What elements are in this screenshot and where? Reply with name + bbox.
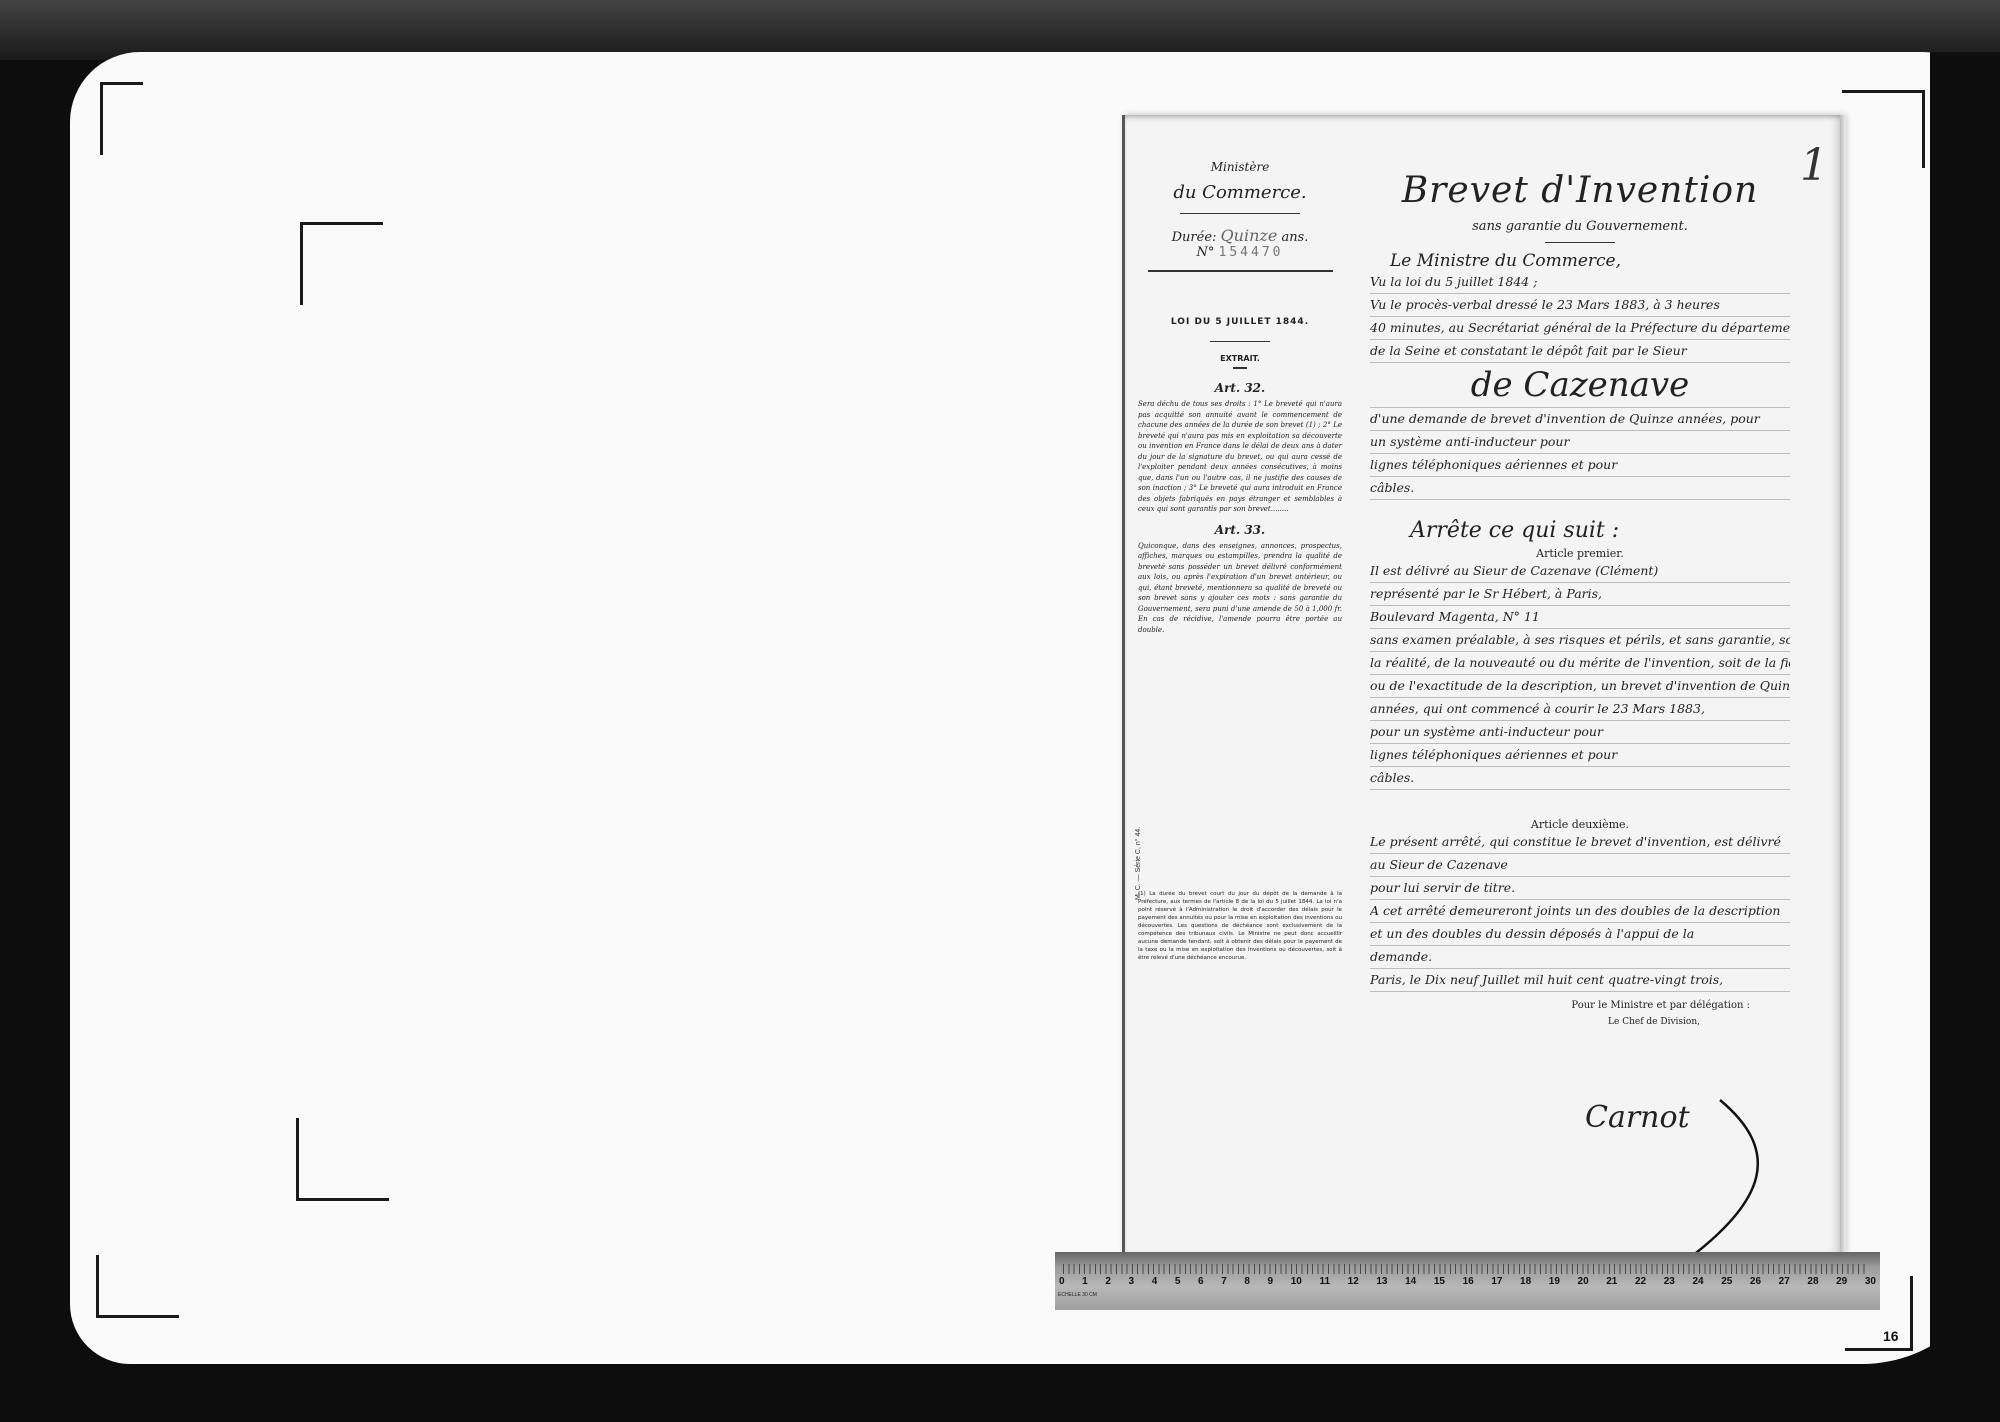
ruler-number: 9 xyxy=(1268,1276,1274,1292)
ruler-number: 3 xyxy=(1129,1276,1135,1292)
ruler-number: 5 xyxy=(1175,1276,1181,1292)
ruler-number: 12 xyxy=(1348,1276,1359,1292)
text-line: demande. xyxy=(1370,946,1790,969)
text-line: Vu la loi du 5 juillet 1844 ; xyxy=(1370,271,1790,294)
ruler-number: 17 xyxy=(1491,1276,1502,1292)
chief-line: Le Chef de Division, xyxy=(1370,1017,1790,1027)
footnote: (1) La durée du brevet court du jour du … xyxy=(1130,890,1350,962)
minister-heading: Le Ministre du Commerce, xyxy=(1370,251,1790,271)
number-label: N° xyxy=(1197,245,1215,260)
crop-mark-top-right xyxy=(1842,90,1925,168)
divider xyxy=(1233,367,1247,369)
article1-lines: Il est délivré au Sieur de Cazenave (Clé… xyxy=(1370,560,1790,790)
duration-row: Durée: Quinze ans. xyxy=(1130,226,1350,245)
article32-text: Sera déchu de tous ses droits : 1° Le br… xyxy=(1130,399,1350,515)
law-heading: LOI DU 5 JUILLET 1844. xyxy=(1130,317,1350,327)
duration-value: Quinze xyxy=(1221,226,1278,245)
left-column: Ministère du Commerce. Durée: Quinze ans… xyxy=(1130,160,1350,962)
ruler-number: 20 xyxy=(1578,1276,1589,1292)
text-line: de Cazenave xyxy=(1370,363,1790,408)
ruler-number: 19 xyxy=(1549,1276,1560,1292)
text-line: représenté par le Sr Hébert, à Paris, xyxy=(1370,583,1790,606)
ruler-number: 6 xyxy=(1198,1276,1204,1292)
ruler-numbers: 0123456789101112131415161718192021222324… xyxy=(1059,1276,1876,1292)
ruler-number: 29 xyxy=(1836,1276,1847,1292)
ruler-number: 15 xyxy=(1434,1276,1445,1292)
text-line: Vu le procès-verbal dressé le 23 Mars 18… xyxy=(1370,294,1790,317)
crop-mark-bottom-left xyxy=(96,1255,179,1318)
text-line: la réalité, de la nouveauté ou du mérite… xyxy=(1370,652,1790,675)
main-column: Brevet d'Invention sans garantie du Gouv… xyxy=(1370,170,1790,1027)
ruler-number: 28 xyxy=(1807,1276,1818,1292)
article2-title: Article deuxième. xyxy=(1370,818,1790,831)
text-line: pour lui servir de titre. xyxy=(1370,877,1790,900)
measurement-ruler: 0123456789101112131415161718192021222324… xyxy=(1055,1252,1880,1310)
ruler-number: 14 xyxy=(1405,1276,1416,1292)
duration-label: Durée: xyxy=(1172,230,1217,245)
ruler-number: 27 xyxy=(1779,1276,1790,1292)
ruler-number: 11 xyxy=(1319,1276,1330,1292)
vertical-series-note: M. C. — Série C, n° 44. xyxy=(1135,827,1142,900)
ruler-ticks xyxy=(1063,1264,1868,1274)
article33-text: Quiconque, dans des enseignes, annonces,… xyxy=(1130,541,1350,636)
text-line: au Sieur de Cazenave xyxy=(1370,854,1790,877)
text-line: années, qui ont commencé à courir le 23 … xyxy=(1370,698,1790,721)
text-line: sans examen préalable, à ses risques et … xyxy=(1370,629,1790,652)
text-line: Paris, le Dix neuf Juillet mil huit cent… xyxy=(1370,969,1790,992)
patent-number: 154470 xyxy=(1219,245,1284,260)
duration-unit: ans. xyxy=(1281,230,1308,245)
document-subtitle: sans garantie du Gouvernement. xyxy=(1370,219,1790,234)
text-line: un système anti-inducteur pour xyxy=(1370,431,1790,454)
ruler-number: 18 xyxy=(1520,1276,1531,1292)
ornament-rule xyxy=(1180,213,1300,214)
extract-heading: EXTRAIT. xyxy=(1130,354,1350,363)
folio-number: 1 xyxy=(1800,140,1828,191)
text-line: lignes téléphoniques aériennes et pour xyxy=(1370,744,1790,767)
ruler-number: 8 xyxy=(1244,1276,1250,1292)
intro-lines: Vu la loi du 5 juillet 1844 ;Vu le procè… xyxy=(1370,271,1790,500)
text-line: câbles. xyxy=(1370,477,1790,500)
text-line: Boulevard Magenta, N° 11 xyxy=(1370,606,1790,629)
crop-mark-inner-bottom-left xyxy=(296,1118,389,1201)
ruler-number: 0 xyxy=(1059,1276,1065,1292)
ruler-number: 16 xyxy=(1463,1276,1474,1292)
ruler-number: 22 xyxy=(1635,1276,1646,1292)
ruler-number: 7 xyxy=(1221,1276,1227,1292)
text-line: A cet arrêté demeureront joints un des d… xyxy=(1370,900,1790,923)
ruler-number: 24 xyxy=(1692,1276,1703,1292)
text-line: 40 minutes, au Secrétariat général de la… xyxy=(1370,317,1790,340)
signature-flourish xyxy=(1660,1090,1800,1270)
number-row: N° 154470 xyxy=(1130,245,1350,260)
text-line: lignes téléphoniques aériennes et pour xyxy=(1370,454,1790,477)
text-line: pour un système anti-inducteur pour xyxy=(1370,721,1790,744)
ruler-number: 1 xyxy=(1082,1276,1088,1292)
text-line: de la Seine et constatant le dépôt fait … xyxy=(1370,340,1790,363)
divider xyxy=(1148,270,1333,272)
ruler-number: 26 xyxy=(1750,1276,1761,1292)
text-line: et un des doubles du dessin déposés à l'… xyxy=(1370,923,1790,946)
delegation-line: Pour le Ministre et par délégation : xyxy=(1370,1000,1790,1011)
document-edge xyxy=(1840,115,1846,1253)
text-line: d'une demande de brevet d'invention de Q… xyxy=(1370,408,1790,431)
crop-mark-top-left xyxy=(100,82,143,155)
text-line: Le présent arrêté, qui constitue le brev… xyxy=(1370,831,1790,854)
ruler-number: 21 xyxy=(1606,1276,1617,1292)
crop-mark-inner-top-left xyxy=(300,222,383,305)
divider xyxy=(1210,341,1270,342)
arrete-heading: Arrête ce qui suit : xyxy=(1370,518,1790,543)
frame-number: 16 xyxy=(1883,1328,1899,1344)
ruler-number: 30 xyxy=(1865,1276,1876,1292)
ruler-number: 13 xyxy=(1376,1276,1387,1292)
article32-title: Art. 32. xyxy=(1130,381,1350,395)
ornament-rule xyxy=(1545,242,1615,243)
article1-title: Article premier. xyxy=(1370,547,1790,560)
text-line: Il est délivré au Sieur de Cazenave (Clé… xyxy=(1370,560,1790,583)
ruler-number: 4 xyxy=(1152,1276,1158,1292)
ruler-label: ECHELLE 30 CM xyxy=(1058,1293,1098,1298)
ruler-number: 23 xyxy=(1664,1276,1675,1292)
text-line: ou de l'exactitude de la description, un… xyxy=(1370,675,1790,698)
article2-lines: Le présent arrêté, qui constitue le brev… xyxy=(1370,831,1790,992)
ministry-line1: Ministère xyxy=(1130,160,1350,174)
scanner-top-band xyxy=(0,0,2000,60)
text-line: câbles. xyxy=(1370,767,1790,790)
ruler-number: 2 xyxy=(1105,1276,1111,1292)
scan-right-border xyxy=(1930,52,2000,1382)
ruler-number: 25 xyxy=(1721,1276,1732,1292)
ruler-number: 10 xyxy=(1291,1276,1302,1292)
document-title: Brevet d'Invention xyxy=(1370,170,1790,211)
ministry-line2: du Commerce. xyxy=(1130,182,1350,203)
article33-title: Art. 33. xyxy=(1130,523,1350,537)
